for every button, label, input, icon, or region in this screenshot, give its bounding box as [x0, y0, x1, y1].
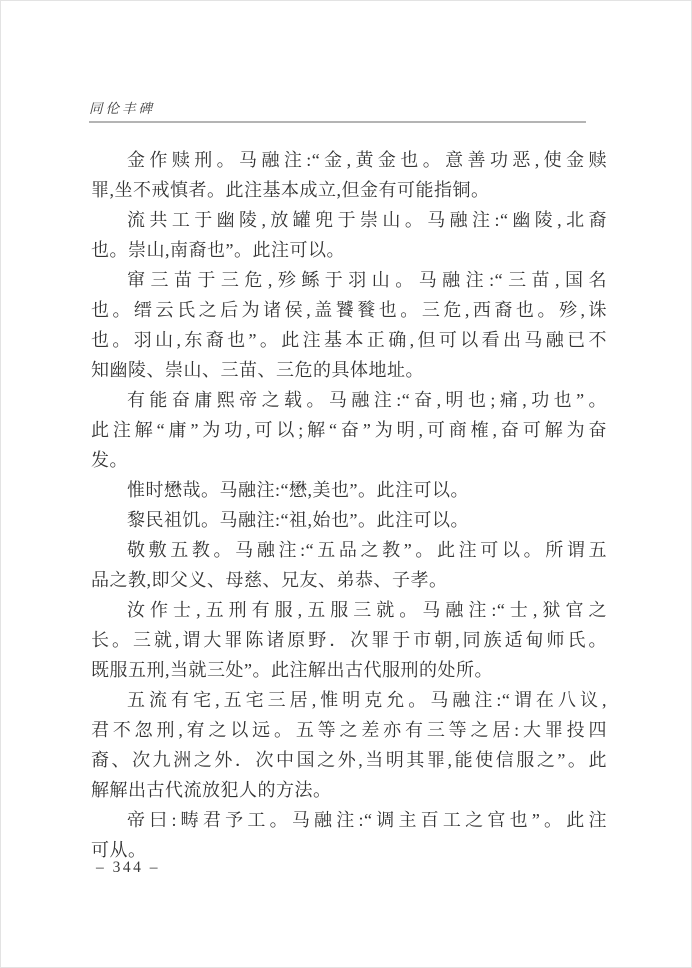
body-text: 金作赎刑。马融注:“金,黄金也。意善功恶,使金赎罪,坐不戒慎者。此注基本成立,但…: [91, 145, 607, 865]
paragraph: 帝曰:畴君予工。马融注:“调主百工之官也”。此注可从。: [91, 805, 607, 865]
text-line: 裔、次九洲之外．次中国之外,当明其罪,能使信服之”。此: [91, 745, 607, 775]
paragraph: 有能奋庸熙帝之载。马融注:“奋,明也;痛,功也”。此注解“庸”为功,可以;解“奋…: [91, 385, 607, 475]
text-line: 发。: [91, 445, 607, 475]
text-line: 罪,坐不戒慎者。此注基本成立,但金有可能指铜。: [91, 175, 607, 205]
text-line: 五流有宅,五宅三居,惟明克允。马融注:“谓在八议,: [91, 685, 607, 715]
text-line: 解解出古代流放犯人的方法。: [91, 775, 607, 805]
paragraph: 窜三苗于三危,殄鲧于羽山。马融注:“三苗,国名也。缙云氏之后为诸侯,盖饕餮也。三…: [91, 265, 607, 385]
text-line: 也。缙云氏之后为诸侯,盖饕餮也。三危,西裔也。殄,诛: [91, 295, 607, 325]
paragraph: 汝作士,五刑有服,五服三就。马融注:“士,狱官之长。三就,谓大罪陈诸原野．次罪于…: [91, 595, 607, 685]
text-line: 此注解“庸”为功,可以;解“奋”为明,可商榷,奋可解为奋: [91, 415, 607, 445]
text-line: 帝曰:畴君予工。马融注:“调主百工之官也”。此注: [91, 805, 607, 835]
paragraph: 金作赎刑。马融注:“金,黄金也。意善功恶,使金赎罪,坐不戒慎者。此注基本成立,但…: [91, 145, 607, 205]
text-line: 品之教,即父义、母慈、兄友、弟恭、子孝。: [91, 565, 607, 595]
text-line: 敬敷五教。马融注:“五品之教”。此注可以。所谓五: [91, 535, 607, 565]
text-line: 有能奋庸熙帝之载。马融注:“奋,明也;痛,功也”。: [91, 385, 607, 415]
header-rule: [89, 121, 586, 123]
book-page: 同伦丰碑 金作赎刑。马融注:“金,黄金也。意善功恶,使金赎罪,坐不戒慎者。此注基…: [0, 0, 692, 968]
text-line: 窜三苗于三危,殄鲧于羽山。马融注:“三苗,国名: [91, 265, 607, 295]
text-line: 可从。: [91, 835, 607, 865]
paragraph: 惟时懋哉。马融注:“懋,美也”。此注可以。: [91, 475, 607, 505]
text-line: 黎民祖饥。马融注:“祖,始也”。此注可以。: [91, 505, 607, 535]
paragraph: 五流有宅,五宅三居,惟明克允。马融注:“谓在八议,君不忽刑,宥之以远。五等之差亦…: [91, 685, 607, 805]
paragraph: 黎民祖饥。马融注:“祖,始也”。此注可以。: [91, 505, 607, 535]
page-number: – 344 –: [96, 859, 160, 877]
text-line: 惟时懋哉。马融注:“懋,美也”。此注可以。: [91, 475, 607, 505]
text-line: 既服五刑,当就三处”。此注解出古代服刑的处所。: [91, 655, 607, 685]
text-line: 知幽陵、崇山、三苗、三危的具体地址。: [91, 355, 607, 385]
paragraph: 敬敷五教。马融注:“五品之教”。此注可以。所谓五品之教,即父义、母慈、兄友、弟恭…: [91, 535, 607, 595]
text-line: 流共工于幽陵,放罐兜于崇山。马融注:“幽陵,北裔: [91, 205, 607, 235]
text-line: 金作赎刑。马融注:“金,黄金也。意善功恶,使金赎: [91, 145, 607, 175]
text-line: 君不忽刑,宥之以远。五等之差亦有三等之居:大罪投四: [91, 715, 607, 745]
text-line: 也。羽山,东裔也”。此注基本正确,但可以看出马融已不: [91, 325, 607, 355]
running-head-title: 同伦丰碑: [89, 97, 155, 117]
text-line: 长。三就,谓大罪陈诸原野．次罪于市朝,同族适甸师氏。: [91, 625, 607, 655]
text-line: 也。崇山,南裔也”。此注可以。: [91, 235, 607, 265]
paragraph: 流共工于幽陵,放罐兜于崇山。马融注:“幽陵,北裔也。崇山,南裔也”。此注可以。: [91, 205, 607, 265]
text-line: 汝作士,五刑有服,五服三就。马融注:“士,狱官之: [91, 595, 607, 625]
